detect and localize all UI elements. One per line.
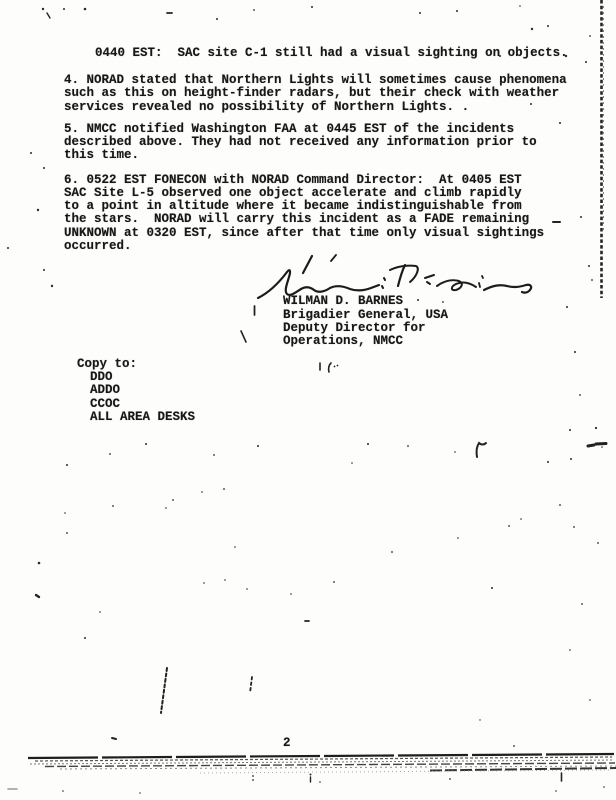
dash-mark-icon <box>112 738 116 739</box>
intro-line: 0440 EST: SAC site C-1 still had a visua… <box>95 47 568 60</box>
dash-mark-icon <box>588 444 606 447</box>
pen-mark-icon <box>477 443 486 457</box>
signatory-title: Brigadier General, USA Deputy Director f… <box>283 309 448 349</box>
scanned-memo-page: 0440 EST: SAC site C-1 still had a visua… <box>0 0 616 800</box>
backslash-mark-icon <box>241 331 246 342</box>
pen-mark-icon <box>329 363 331 372</box>
pen-mark-icon <box>36 595 39 597</box>
bottom-edge-band-icon <box>28 754 616 773</box>
pen-mark-icon <box>47 13 50 18</box>
dashed-stroke-icon <box>161 668 167 713</box>
paragraph-5: 5. NMCC notified Washington FAA at 0445 … <box>64 123 537 163</box>
signatory-name: WILMAN D. BARNES <box>283 295 403 308</box>
binding-dashes-icon <box>602 0 604 298</box>
dashed-stroke-icon <box>250 677 252 693</box>
copy-to-recipients: DDO ADDO CCOC ALL AREA DESKS <box>90 371 195 423</box>
paragraph-6: 6. 0522 EST FONECON with NORAD Command D… <box>64 174 544 254</box>
paragraph-4: 4. NORAD stated that Northern Lights wil… <box>64 74 567 114</box>
page-number: 2 <box>283 737 291 750</box>
